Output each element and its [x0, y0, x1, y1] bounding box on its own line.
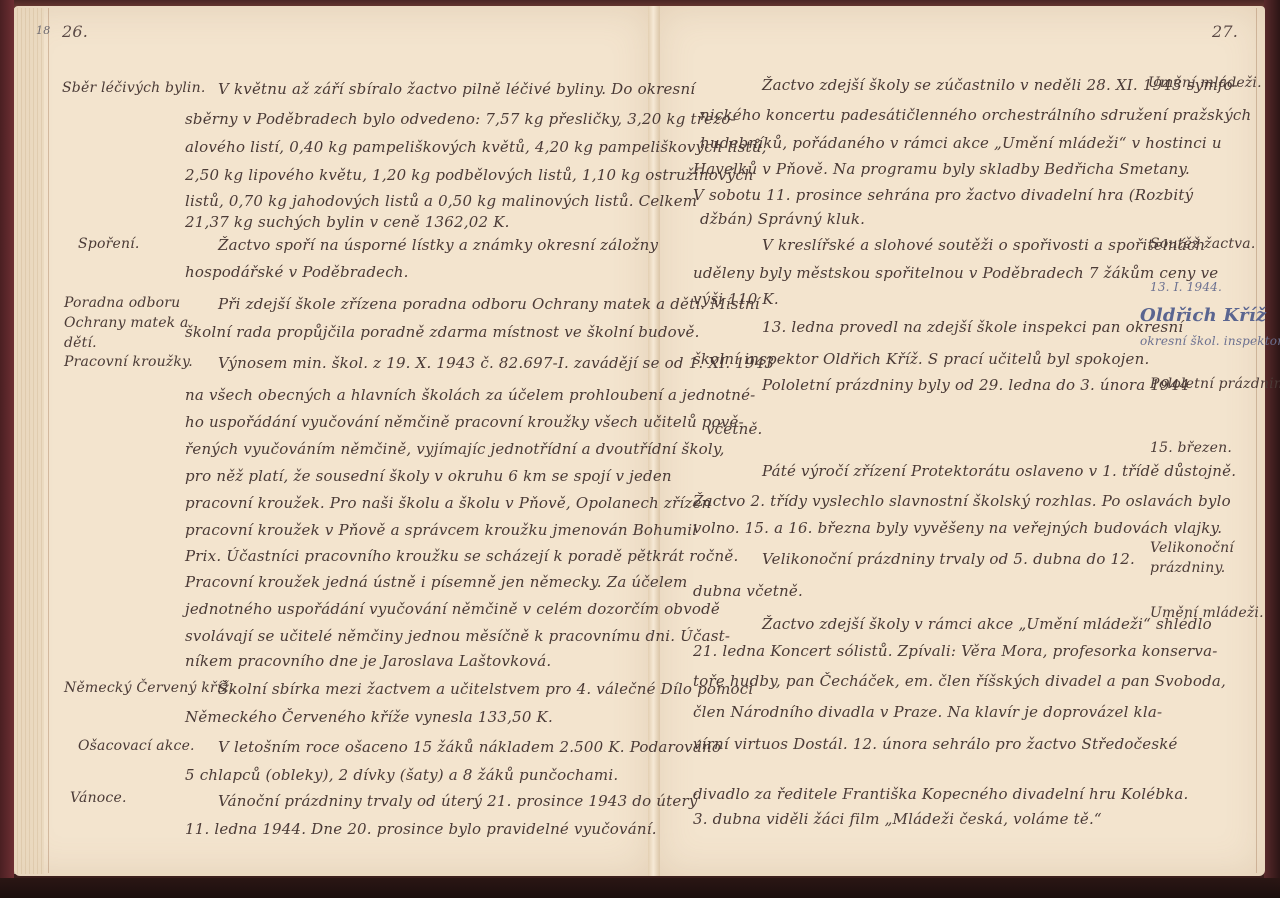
margin-note: Vánoce. [70, 790, 127, 806]
text-line: Německého Červeného kříže vynesla 133,50… [185, 708, 553, 726]
text-line: Školní sbírka mezi žactvem a učitelstvem… [218, 680, 753, 698]
margin-note: Sběr léčivých bylin. [62, 80, 205, 96]
text-line: 3. dubna viděli žáci film „Mládeži česká… [693, 810, 1102, 828]
text-line: 13. ledna provedl na zdejší škole inspek… [762, 318, 1183, 336]
text-line: Výnosem min. škol. z 19. X. 1943 č. 82.6… [218, 354, 774, 372]
pencil-folio-number: 18 [36, 24, 50, 37]
text-line: Páté výročí zřízení Protektorátu oslaven… [762, 462, 1236, 480]
text-line: Pololetní prázdniny byly od 29. ledna do… [762, 376, 1189, 394]
book-cover-right [1264, 0, 1280, 898]
text-line: pracovní kroužek. Pro naši školu a školu… [185, 494, 711, 512]
text-line: školní inspektor Oldřich Kříž. S prací u… [693, 350, 1149, 368]
text-line: jednotného uspořádání vyučování němčině … [185, 600, 720, 618]
text-line: Havelků v Pňově. Na programu byly skladb… [693, 160, 1190, 178]
inspection-date: 13. I. 1944. [1150, 280, 1222, 294]
text-line: vírní virtuos Dostál. 12. února sehrálo … [693, 735, 1178, 753]
text-line: V květnu až září sbíralo žactvo pilně lé… [218, 80, 695, 98]
book-cover-left [0, 0, 14, 898]
text-line: sběrny v Poděbradech bylo odvedeno: 7,57… [185, 110, 736, 128]
margin-note: Velikonoční [1150, 540, 1234, 556]
book-cover-bottom [0, 878, 1280, 898]
margin-note: Německý Červený kříž. [64, 680, 234, 696]
text-line: V kreslířské a slohové soutěži o spořivo… [762, 236, 1205, 254]
inspector-title: okresní škol. inspektor [1140, 334, 1280, 348]
text-line: divadlo za ředitele Františka Kopecného … [693, 785, 1189, 803]
text-line: volno. 15. a 16. března byly vyvěšeny na… [693, 519, 1222, 537]
text-line: Žactvo spoří na úsporné lístky a známky … [218, 236, 658, 254]
text-line: Při zdejší škole zřízena poradna odboru … [218, 295, 760, 313]
text-line: 11. ledna 1944. Dne 20. prosince bylo pr… [185, 820, 657, 838]
text-line: nického koncertu padesátičlenného orches… [700, 106, 1251, 124]
page-number-left: 26. [62, 22, 88, 41]
text-line: školní rada propůjčila poradně zdarma mí… [185, 323, 700, 341]
text-line: Vánoční prázdniny trvaly od úterý 21. pr… [218, 792, 698, 810]
text-line: Pracovní kroužek jedná ústně i písemně j… [185, 573, 687, 591]
text-line: V letošním roce ošaceno 15 žáků nákladem… [218, 738, 721, 756]
margin-note: Poradna odboru [64, 295, 180, 311]
text-line: člen Národního divadla v Praze. Na klaví… [693, 703, 1162, 721]
text-line: V sobotu 11. prosince sehrána pro žactvo… [693, 186, 1193, 204]
text-line: ho uspořádání vyučování němčině pracovní… [185, 413, 744, 431]
margin-rule [48, 8, 49, 873]
text-line: 2,50 kg lipového květu, 1,20 kg podbělov… [185, 166, 754, 184]
text-line: Prix. Účastníci pracovního kroužku se sc… [185, 547, 738, 565]
text-line: 5 chlapců (obleky), 2 dívky (šaty) a 8 ž… [185, 766, 618, 784]
text-line: níkem pracovního dne je Jaroslava Laštov… [185, 652, 551, 670]
margin-rule [1256, 8, 1257, 873]
text-line: listů, 0,70 kg jahodových listů a 0,50 k… [185, 192, 697, 210]
margin-note: Ošacovací akce. [78, 738, 195, 754]
page-number-right: 27. [1212, 22, 1238, 41]
text-line: výši 110 K. [693, 290, 779, 308]
margin-note: Spoření. [78, 236, 140, 252]
text-line: 21,37 kg suchých bylin v ceně 1362,02 K. [185, 213, 510, 231]
margin-note: Ochrany matek a [64, 315, 189, 331]
text-line: včetně. [706, 420, 763, 438]
text-line: hudebníků, pořádaného v rámci akce „Uměn… [700, 134, 1222, 152]
text-line: Žactvo zdejší školy se zúčastnilo v nedě… [762, 76, 1238, 94]
text-line: na všech obecných a hlavních školách za … [185, 386, 755, 404]
page-edges [14, 8, 44, 874]
text-line: pro něž platí, že sousední školy v okruh… [185, 467, 672, 485]
text-line: Velikonoční prázdniny trvaly od 5. dubna… [762, 550, 1135, 568]
margin-note: dětí. [64, 335, 97, 351]
text-line: 21. ledna Koncert sólistů. Zpívali: Věra… [693, 642, 1218, 660]
text-line: Žactvo zdejší školy v rámci akce „Umění … [762, 615, 1212, 633]
text-line: pracovní kroužek v Pňově a správcem krou… [185, 521, 697, 539]
text-line: uděleny byly městskou spořitelnou v Podě… [693, 264, 1218, 282]
text-line: toře hudby, pan Čecháček, em. člen říšsk… [693, 672, 1226, 690]
margin-note: prázdniny. [1150, 560, 1225, 576]
text-line: svolávají se učitelé němčiny jednou měsí… [185, 627, 730, 645]
text-line: dubna včetně. [693, 582, 803, 600]
text-line: hospodářské v Poděbradech. [185, 263, 409, 281]
text-line: řených vyučováním němčině, vyjímajíc jed… [185, 440, 725, 458]
text-line: džbán) Správný kluk. [700, 210, 865, 228]
margin-note: Pracovní kroužky. [64, 354, 193, 370]
margin-note: 15. březen. [1150, 440, 1232, 456]
text-line: Žactvo 2. třídy vyslechlo slavnostní ško… [693, 492, 1231, 510]
text-line: alového listí, 0,40 kg pampeliškových kv… [185, 138, 767, 156]
